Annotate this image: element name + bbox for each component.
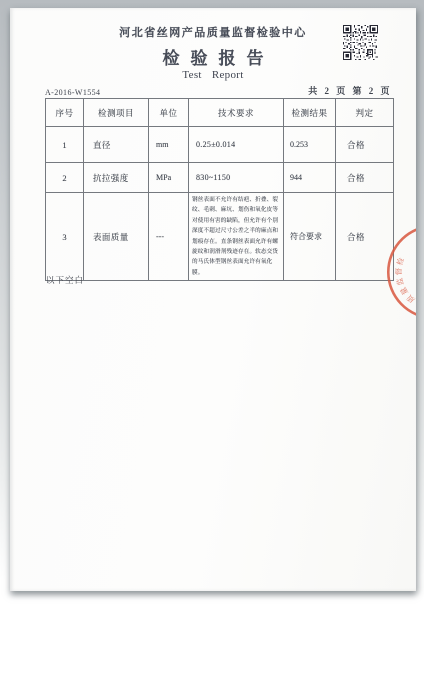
header-judgment: 判定 [336,99,394,127]
cell-result: 0.253 [284,127,336,163]
cell-unit: --- [149,193,189,281]
cell-judgment: 合格 [336,163,394,193]
header-no: 序号 [46,99,84,127]
cell-item: 表面质量 [84,193,149,281]
cell-no: 2 [46,163,84,193]
table-row: 1 直径 mm 0.25±0.014 0.253 合格 [46,127,394,163]
cell-no: 1 [46,127,84,163]
report-title-en: Test Report [10,69,416,81]
header-unit: 单位 [149,99,189,127]
header-item: 检测项目 [84,99,149,127]
report-number: A-2016-W1554 [45,88,100,97]
table-row: 3 表面质量 --- 钢丝表面不允许有结疤、折叠、裂纹、毛刺、麻坑、划伤和氧化皮… [46,193,394,281]
cell-unit: mm [149,127,189,163]
cell-judgment: 合格 [336,127,394,163]
test-results-table: 序号 检测项目 单位 技术要求 检测结果 判定 1 直径 mm 0.25±0.0… [45,98,394,281]
page-info: 共 2 页 第 2 页 [308,84,392,97]
below-blank-note: 以下空白 [46,274,84,286]
report-sheet: 河北省丝网产品质量监督检验中心 检验报告 Test Report A-2016-… [10,8,416,591]
cell-result: 符合要求 [284,193,336,281]
cell-no: 3 [46,193,84,281]
cell-requirement: 钢丝表面不允许有结疤、折叠、裂纹、毛刺、麻坑、划伤和氧化皮等对使用有害的缺陷，但… [189,193,284,281]
cell-result: 944 [284,163,336,193]
cell-item: 直径 [84,127,149,163]
cell-unit: MPa [149,163,189,193]
header-requirement: 技术要求 [189,99,284,127]
cell-requirement: 830~1150 [189,163,284,193]
header-result: 检测结果 [284,99,336,127]
cell-requirement: 0.25±0.014 [189,127,284,163]
qr-code-icon [343,25,378,60]
cell-item: 抗拉强度 [84,163,149,193]
table-row: 2 抗拉强度 MPa 830~1150 944 合格 [46,163,394,193]
table-header-row: 序号 检测项目 单位 技术要求 检测结果 判定 [46,99,394,127]
